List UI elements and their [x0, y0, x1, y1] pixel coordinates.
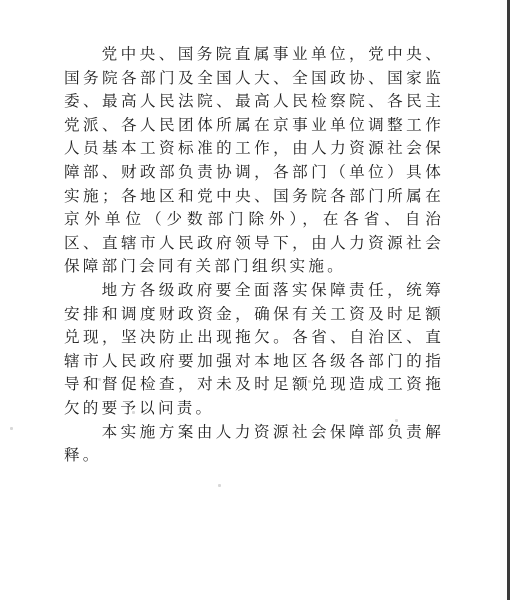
scan-speck — [132, 411, 135, 414]
scan-speck — [98, 378, 101, 381]
document-body: 党中央、国务院直属事业单位，党中央、国务院各部门及全国人大、全国政协、国家监委、… — [64, 43, 444, 468]
paragraph-implementation-responsibility: 党中央、国务院直属事业单位，党中央、国务院各部门及全国人大、全国政协、国家监委、… — [64, 43, 444, 279]
scan-speck — [218, 484, 221, 487]
scan-speck — [10, 427, 13, 430]
document-page: 党中央、国务院直属事业单位，党中央、国务院各部门及全国人大、全国政协、国家监委、… — [0, 0, 507, 600]
paragraph-interpretation: 本实施方案由人力资源社会保障部负责解释。 — [64, 421, 444, 468]
scan-speck — [308, 380, 311, 383]
scan-speck — [395, 419, 398, 422]
paragraph-funding-guarantee: 地方各级政府要全面落实保障责任，统筹安排和调度财政资金，确保有关工资及时足额兑现… — [64, 279, 444, 421]
